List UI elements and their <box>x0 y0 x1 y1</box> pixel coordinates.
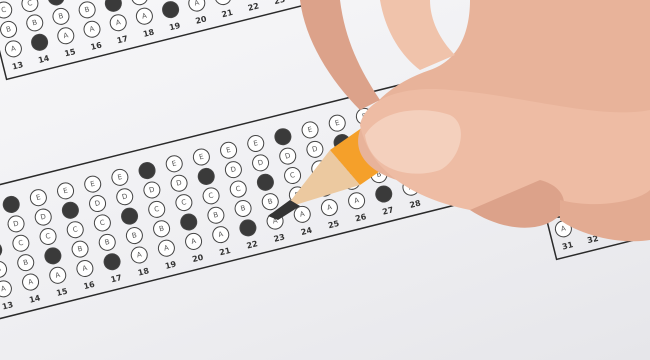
question-number: 17 <box>110 273 123 284</box>
answer-bubble[interactable] <box>179 212 198 231</box>
answer-bubble[interactable] <box>30 33 49 52</box>
question-number: 25 <box>327 219 340 231</box>
answer-bubble[interactable] <box>256 173 275 192</box>
answer-panel-top: ABCE13BCDE14ABDE15ABCD16ACDE17ABCE18BCDE… <box>0 0 331 79</box>
answer-bubble[interactable] <box>0 240 3 259</box>
answer-bubble[interactable] <box>102 252 121 271</box>
answer-bubble[interactable] <box>130 0 149 6</box>
question-number: 21 <box>221 8 234 20</box>
question-number: 20 <box>191 253 204 265</box>
answer-bubble[interactable] <box>213 0 232 6</box>
answer-sheet-photo: BCDEABDEABCDACDEABCEBCDEABDEABCDACDEABCE… <box>0 0 650 360</box>
question-number: 14 <box>37 53 50 65</box>
question-number: 22 <box>247 1 260 12</box>
question-number: 16 <box>83 280 96 292</box>
question-number: 22 <box>246 239 259 250</box>
answer-bubble[interactable] <box>238 218 257 237</box>
question-number: 19 <box>168 21 181 33</box>
answer-bubble[interactable] <box>161 0 180 19</box>
answer-bubble[interactable] <box>374 184 393 203</box>
question-number: 26 <box>354 212 367 224</box>
answer-bubble[interactable] <box>120 206 139 225</box>
question-number: 23 <box>273 0 286 6</box>
answer-bubble[interactable] <box>43 246 62 265</box>
question-number: 28 <box>409 198 422 210</box>
question-number: 31 <box>561 240 574 252</box>
question-number: 24 <box>300 225 313 237</box>
answer-bubble[interactable] <box>46 0 65 7</box>
question-number: 16 <box>90 40 103 52</box>
question-number: 14 <box>28 293 41 305</box>
question-number: 13 <box>1 300 14 311</box>
question-number: 17 <box>116 34 129 45</box>
question-number: 15 <box>55 286 68 298</box>
question-number: 21 <box>218 246 231 258</box>
answer-bubble[interactable] <box>137 161 156 180</box>
answer-bubble[interactable] <box>2 195 21 214</box>
answer-bubble[interactable] <box>0 260 8 279</box>
question-number: 19 <box>164 259 177 271</box>
answer-bubble[interactable] <box>273 127 292 146</box>
question-number: 13 <box>11 60 24 71</box>
question-number: 18 <box>137 266 150 278</box>
question-number: 27 <box>381 205 394 216</box>
question-number: 18 <box>142 27 155 39</box>
scene-drawing: BCDEABDEABCDACDEABCEBCDEABDEABCDACDEABCE… <box>0 0 650 360</box>
answer-bubble[interactable] <box>197 167 216 186</box>
answer-bubble[interactable] <box>61 201 80 220</box>
question-number: 15 <box>64 47 77 59</box>
question-number: 20 <box>195 14 208 26</box>
question-number: 23 <box>273 232 286 243</box>
answer-bubble[interactable] <box>104 0 123 13</box>
